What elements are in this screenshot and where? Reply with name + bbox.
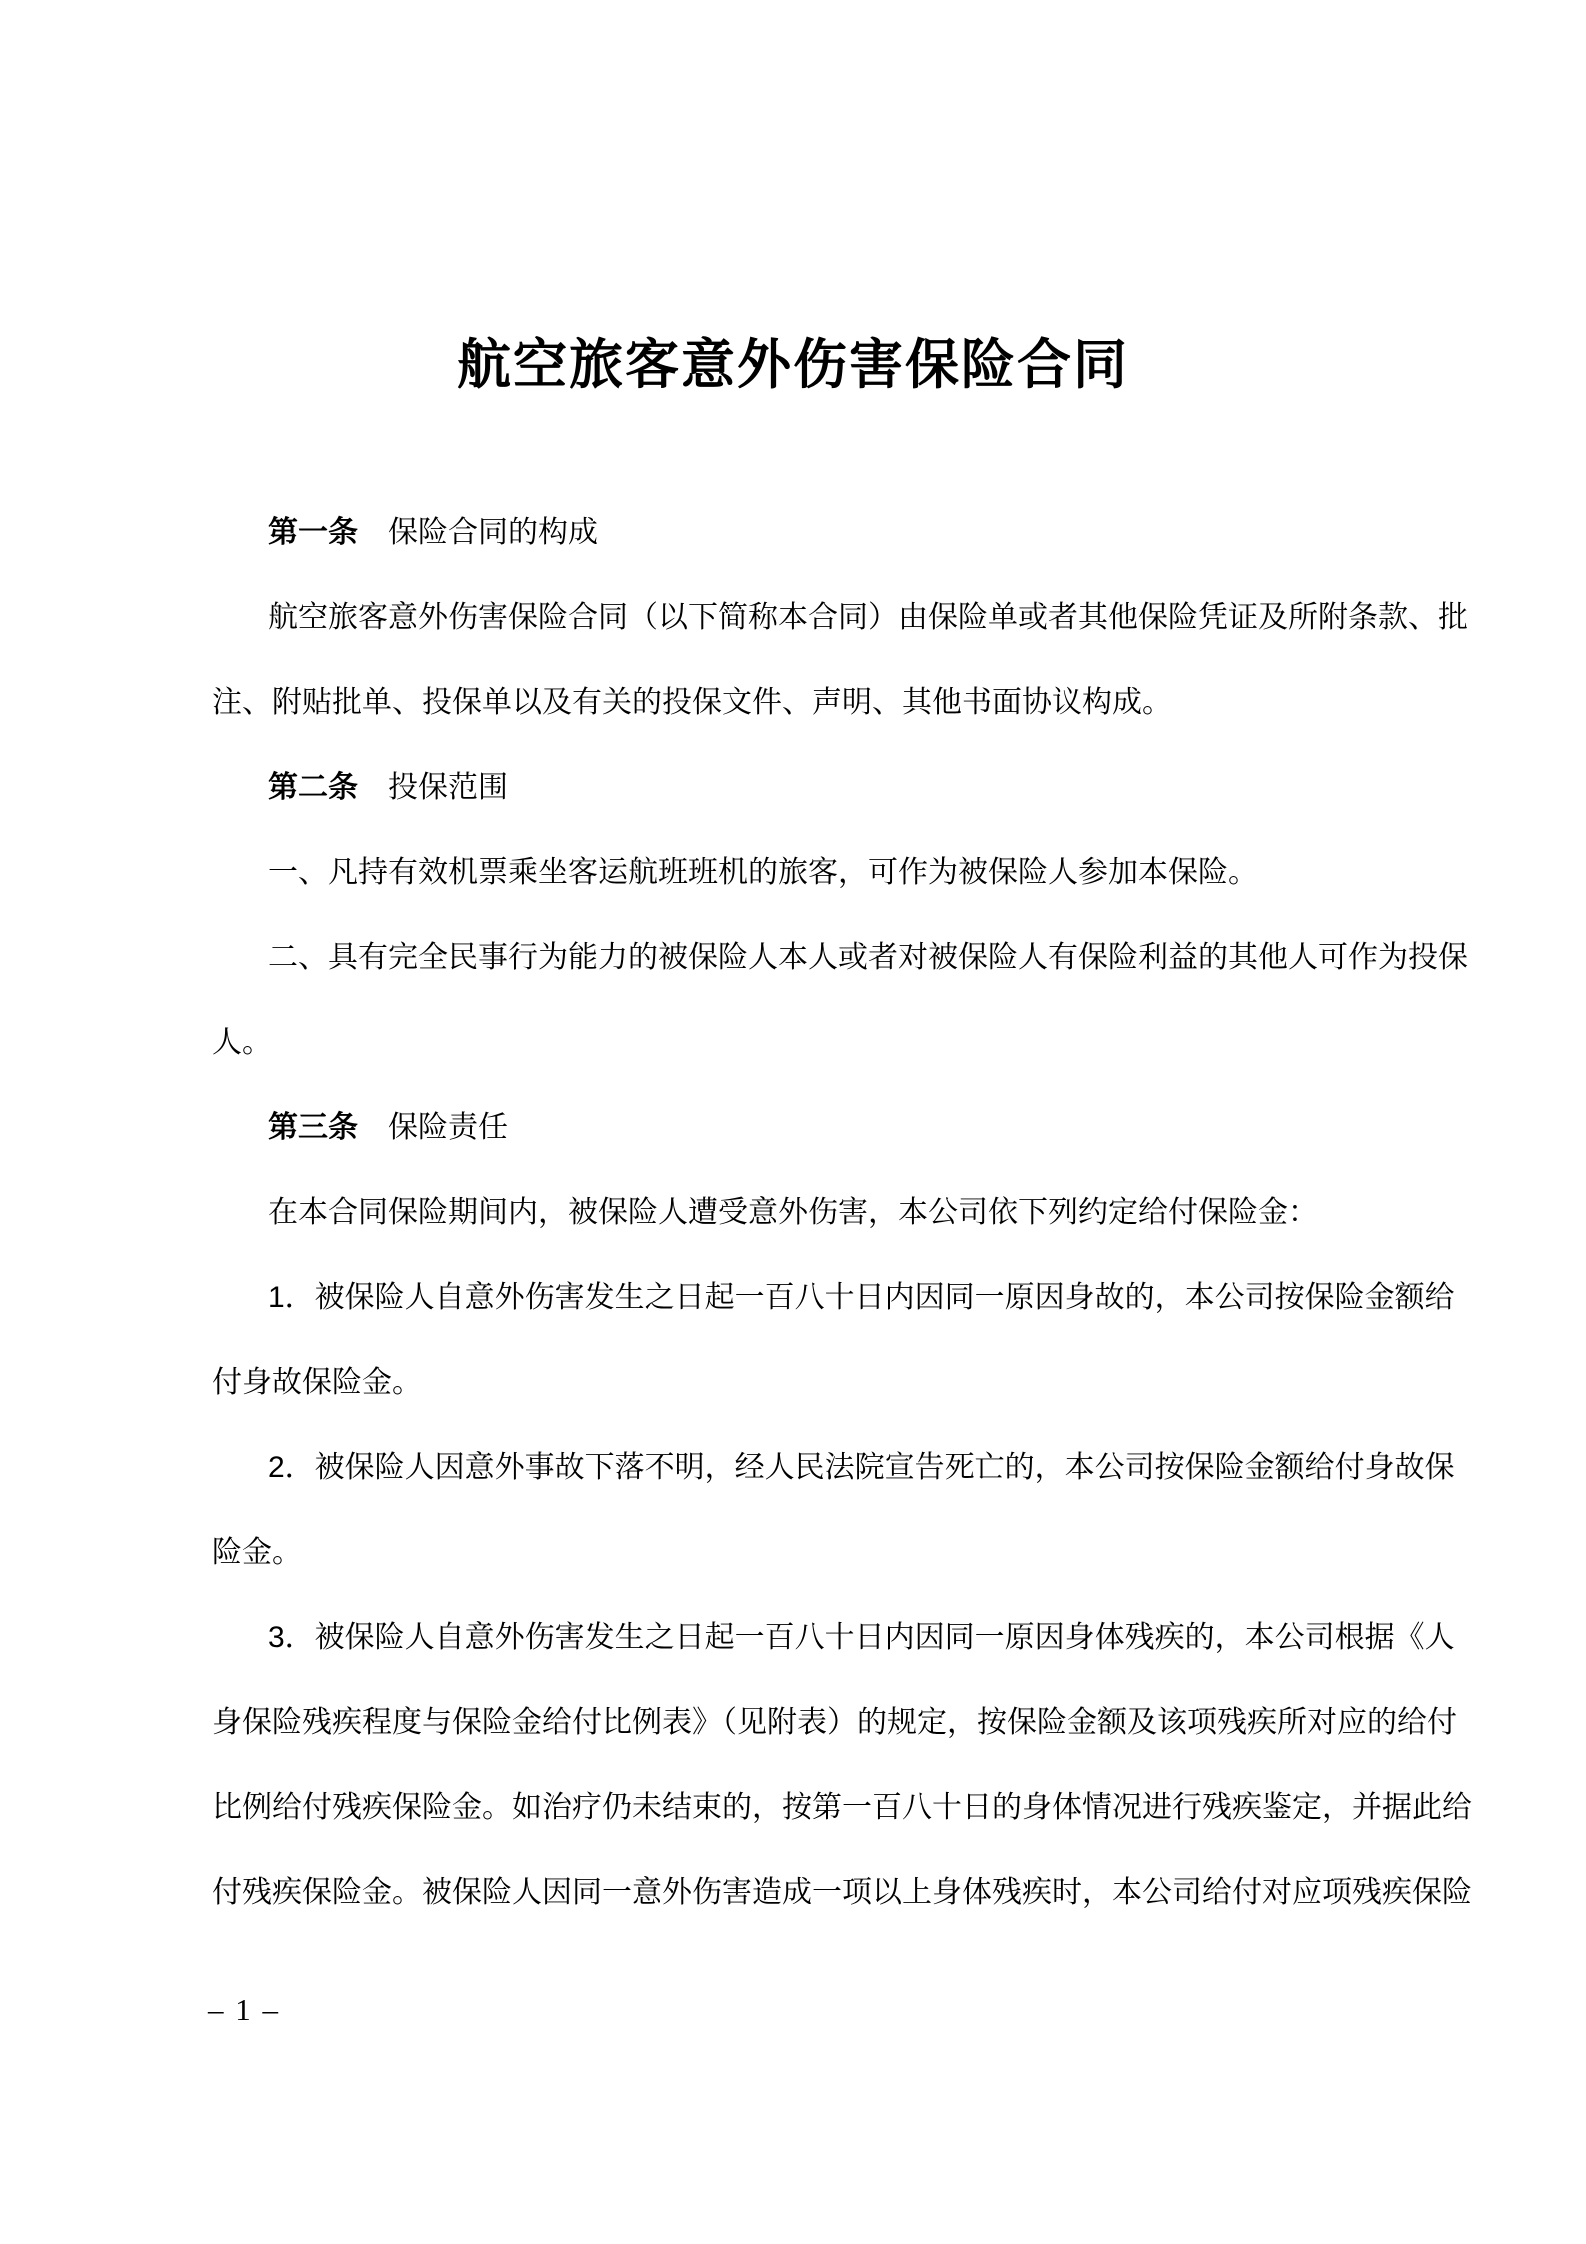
article-title: 保险责任: [388, 1111, 508, 1144]
article-heading: 第二条投保范围: [212, 745, 1442, 830]
article-number: 第三条: [268, 1111, 358, 1144]
article-number: 第二条: [268, 771, 358, 804]
article-title: 保险合同的构成: [388, 516, 598, 549]
article-heading: 第一条保险合同的构成: [212, 490, 1442, 575]
text-line: 二、具有完全民事行为能力的被保险人本人或者对被保险人有保险利益的其他人可作为投保: [212, 915, 1442, 1000]
text-line: 航空旅客意外伤害保险合同（以下简称本合同）由保险单或者其他保险凭证及所附条款、批: [212, 575, 1442, 660]
text-line: 人。: [212, 1000, 1442, 1085]
text-line: 比例给付残疾保险金。如治疗仍未结束的，按第一百八十日的身体情况进行残疾鉴定，并据…: [212, 1765, 1442, 1850]
text-line: 一、凡持有效机票乘坐客运航班班机的旅客，可作为被保险人参加本保险。: [212, 830, 1442, 915]
text-line: 2．被保险人因意外事故下落不明，经人民法院宣告死亡的，本公司按保险金额给付身故保: [212, 1425, 1442, 1510]
text-line: 付身故保险金。: [212, 1340, 1442, 1425]
text-line: 3．被保险人自意外伤害发生之日起一百八十日内因同一原因身体残疾的，本公司根据《人: [212, 1595, 1442, 1680]
text-line: 险金。: [212, 1510, 1442, 1595]
text-line: 付残疾保险金。被保险人因同一意外伤害造成一项以上身体残疾时，本公司给付对应项残疾…: [212, 1850, 1442, 1935]
article-heading: 第三条保险责任: [212, 1085, 1442, 1170]
article-number: 第一条: [268, 516, 358, 549]
page-number: – 1 –: [208, 1982, 280, 2037]
text-line: 在本合同保险期间内，被保险人遭受意外伤害，本公司依下列约定给付保险金：: [212, 1170, 1442, 1255]
text-line: 身保险残疾程度与保险金给付比例表》（见附表）的规定，按保险金额及该项残疾所对应的…: [212, 1680, 1442, 1765]
document-page: 航空旅客意外伤害保险合同 第一条保险合同的构成 航空旅客意外伤害保险合同（以下简…: [0, 0, 1586, 2244]
article-title: 投保范围: [388, 771, 508, 804]
text-line: 1．被保险人自意外伤害发生之日起一百八十日内因同一原因身故的，本公司按保险金额给: [212, 1255, 1442, 1340]
document-title: 航空旅客意外伤害保险合同: [0, 330, 1586, 400]
text-line: 注、附贴批单、投保单以及有关的投保文件、声明、其他书面协议构成。: [212, 660, 1442, 745]
document-body: 第一条保险合同的构成 航空旅客意外伤害保险合同（以下简称本合同）由保险单或者其他…: [212, 490, 1442, 1935]
